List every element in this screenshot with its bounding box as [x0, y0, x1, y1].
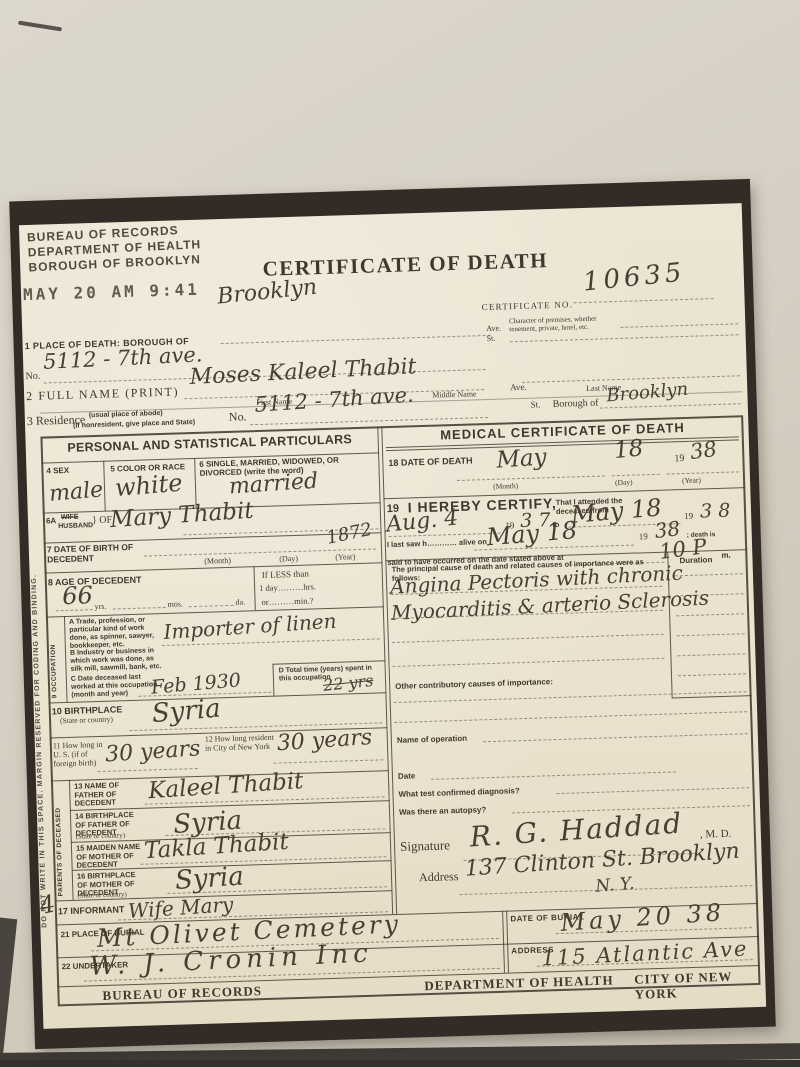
occupation-a-label: A Trade, profession, or particular kind … [69, 616, 164, 651]
certificate-of-death: DO NOT WRITE IN THIS SPACE. MARGIN RESER… [9, 179, 776, 1049]
dob-month-caption: (Month) [204, 556, 231, 566]
signature-label: Signature [400, 838, 450, 854]
dod-year-printed: 19 [674, 453, 684, 465]
mother-bp-sub: (State or country) [77, 890, 127, 900]
received-datetime-stamp: MAY 20 AM 9:41 [23, 280, 200, 304]
sex-value: male [48, 479, 104, 505]
no-label: No. [25, 371, 40, 383]
photo-scratch-mark [18, 21, 62, 32]
date-label: Date [398, 771, 416, 781]
nyc-years-label: 12 How long resident in City of New York [205, 733, 278, 754]
age-less-hrs: 1 day………hrs. [259, 582, 316, 593]
age-less-label: If LESS than [262, 569, 309, 581]
age-less-min: or………min.? [261, 596, 313, 607]
last-saw-date-value: May 18 [486, 518, 578, 549]
footer-bureau: BUREAU OF RECORDS [102, 984, 262, 1004]
footer-city: CITY OF NEW YORK [634, 969, 766, 1003]
certificate-no-label: CERTIFICATE NO. [482, 299, 574, 312]
dob-label: 7 DATE OF BIRTH OF DECEDENT [47, 542, 153, 565]
birthplace-sub: (State or country) [60, 716, 113, 726]
dod-month-value: May [496, 446, 548, 472]
informant-label: 17 INFORMANT [58, 904, 125, 916]
dod-day-caption: (Day) [615, 479, 633, 488]
place-street-value: 5112 - 7th ave. [43, 344, 203, 373]
residence-no-label: No. [229, 410, 247, 424]
dod-month-caption: (Month) [493, 482, 518, 491]
ave-label: Ave. [486, 324, 501, 334]
duration-label: Duration [679, 555, 712, 565]
occupation-b-label: B Industry or business in which work was… [70, 647, 165, 674]
dod-year-caption: (Year) [682, 477, 701, 486]
spouse-num: 6A [46, 516, 57, 525]
to-year-printed: 19 [684, 511, 693, 522]
last-saw-year-printed: 19 [639, 531, 648, 542]
mother-name-label: 15 MAIDEN NAME OF MOTHER OF DECEDENT [76, 843, 147, 871]
photo-edge-left [0, 917, 17, 1058]
photo-edge-bottom-2 [0, 1060, 800, 1067]
mother-bp-value: Syria [174, 863, 244, 893]
place-of-death-value: Brooklyn [216, 277, 318, 309]
age-value: 66 [62, 583, 93, 608]
age-mos-caption: mos. [167, 599, 183, 609]
form-dashed-lines [19, 203, 742, 225]
sex-label: 4 SEX [46, 466, 69, 476]
dob-day-caption: (Day) [279, 554, 298, 564]
footer-department: DEPARTMENT OF HEALTH [424, 973, 614, 994]
to-year-value: 3 8 [700, 502, 731, 522]
race-value: white [114, 471, 183, 501]
certificate-paper: DO NOT WRITE IN THIS SPACE. MARGIN RESER… [19, 203, 766, 1029]
father-bp-sub: (State or country) [76, 831, 126, 841]
certificate-no-value: 10635 [582, 259, 687, 295]
address-value-2: N. Y. [595, 876, 635, 896]
age-yrs-caption: yrs. [94, 602, 106, 612]
residence-borough-label: Borough of [553, 398, 599, 411]
address-label: Address [419, 870, 459, 885]
residence-sub2: (If nonresident, give place and State) [73, 419, 195, 431]
dob-year-caption: (Year) [335, 552, 355, 562]
spouse-husband-label: HUSBAND [58, 522, 93, 531]
age-da-caption: da. [235, 597, 245, 606]
photo-of-death-certificate: DO NOT WRITE IN THIS SPACE. MARGIN RESER… [0, 0, 800, 1067]
birthplace-value: Syria [151, 696, 222, 728]
father-name-label: 13 NAME OF FATHER OF DECEDENT [74, 781, 143, 809]
meridiem-label: m. [721, 551, 731, 560]
residence-street-value: 5112 - 7th ave. [254, 384, 414, 415]
bureau-stamp: BUREAU OF RECORDS DEPARTMENT OF HEALTH B… [27, 222, 203, 275]
premises-note: Character of premises, whether tenement,… [509, 314, 621, 334]
spouse-wife-label: WIFE [61, 514, 79, 523]
dod-day-value: 18 [613, 437, 644, 463]
full-name-label: 2 FULL NAME (PRINT) [26, 385, 179, 403]
attended-to-value: May 18 [570, 495, 662, 526]
residence-st-label: St. [531, 399, 541, 410]
ave-caption: Ave. [510, 382, 527, 393]
marital-value: married [228, 471, 318, 499]
form-grid-lines [19, 203, 742, 225]
us-years-label: 11 How long in U. S. (if of foreign birt… [53, 740, 110, 769]
dod-year-value: 38 [689, 439, 718, 463]
